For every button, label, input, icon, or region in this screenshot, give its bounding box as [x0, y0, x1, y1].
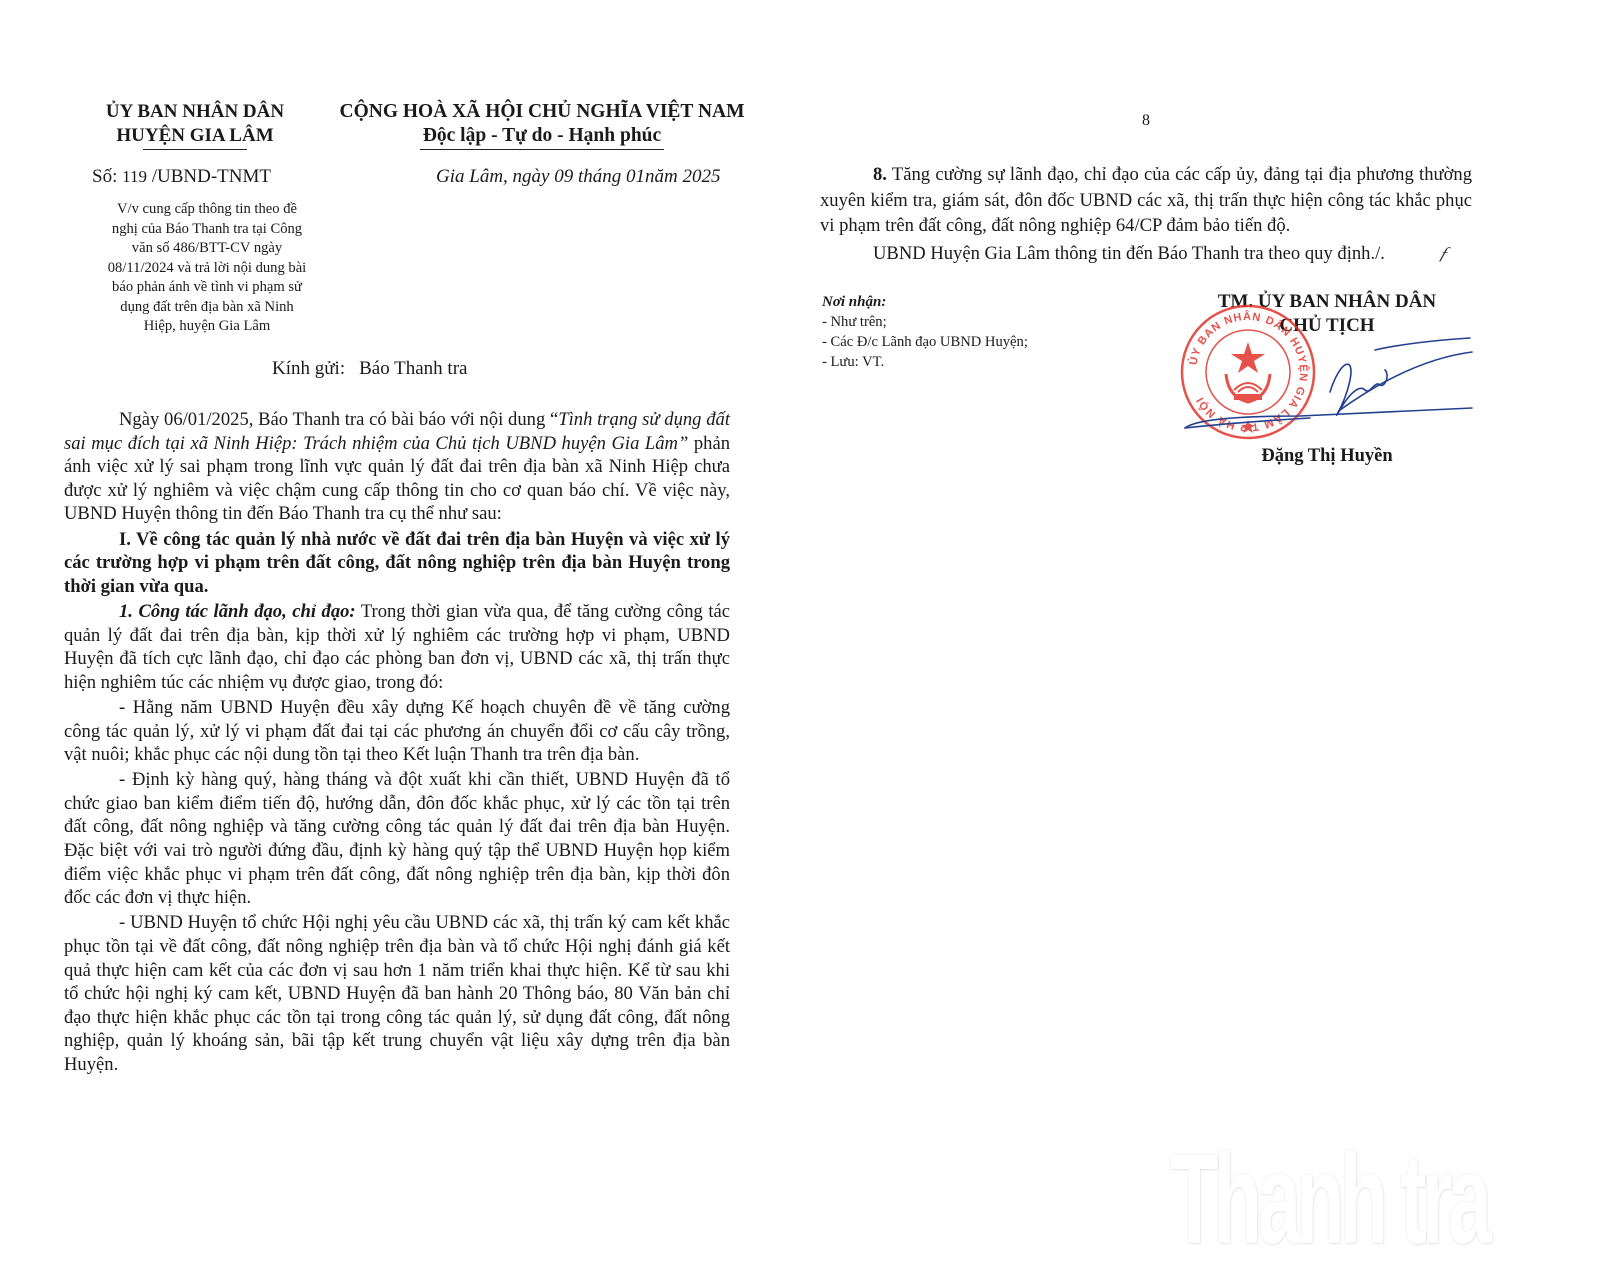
publisher-watermark: Thanh tra [1170, 1140, 1418, 1260]
recipient-item: - Các Đ/c Lãnh đạo UBND Huyện; [822, 332, 1028, 352]
issuer-line-1: ỦY BAN NHÂN DÂN [82, 100, 308, 124]
document-body: Ngày 06/01/2025, Báo Thanh tra có bài bá… [64, 408, 730, 1078]
signer-name: Đặng Thị Huyền [1182, 446, 1472, 467]
item-8-text: Tăng cường sự lãnh đạo, chỉ đạo của các … [820, 164, 1472, 236]
right-page-body: 8. Tăng cường sự lãnh đạo, chỉ đạo của c… [820, 162, 1472, 268]
issuer-underline [143, 149, 247, 150]
intro-paragraph: Ngày 06/01/2025, Báo Thanh tra có bài bá… [64, 408, 730, 526]
handwritten-signature-icon [1180, 330, 1480, 440]
page-number: 8 [1142, 112, 1150, 130]
recipient-name: Báo Thanh tra [359, 358, 467, 379]
doc-number-suffix: /UBND-TNMT [147, 166, 271, 187]
doc-number-prefix: Số: [92, 166, 122, 187]
issuer-line-2: HUYỆN GIA LÂM [82, 124, 308, 148]
motto-underline [420, 149, 664, 150]
document-subject: V/v cung cấp thông tin theo đềnghị của B… [72, 200, 342, 337]
bullet-paragraph: - Hằng năm UBND Huyện đều xây dựng Kế ho… [64, 696, 730, 767]
motto-line-2: Độc lập - Tự do - Hạnh phúc [328, 124, 756, 148]
motto-line-1: CỘNG HOÀ XÃ HỘI CHỦ NGHĨA VIỆT NAM [328, 100, 756, 124]
subject-line: báo phản ánh về tình vi phạm sử [72, 278, 342, 298]
bullet-paragraph: - UBND Huyện tổ chức Hội nghị yêu cầu UB… [64, 911, 730, 1076]
document-number: Số: 119 /UBND-TNMT [92, 166, 271, 188]
subject-line: văn số 486/BTT-CV ngày [72, 239, 342, 259]
recipient-item: - Như trên; [822, 312, 1028, 332]
subject-line: V/v cung cấp thông tin theo đề [72, 200, 342, 220]
closing-text: UBND Huyện Gia Lâm thông tin đến Báo Tha… [873, 243, 1385, 264]
item-8-paragraph: 8. Tăng cường sự lãnh đạo, chỉ đạo của c… [820, 162, 1472, 239]
recipients-list: Nơi nhận: - Như trên; - Các Đ/c Lãnh đạo… [822, 292, 1028, 372]
national-motto: CỘNG HOÀ XÃ HỘI CHỦ NGHĨA VIỆT NAM Độc l… [328, 100, 756, 150]
subject-line: Hiệp, huyện Gia Lâm [72, 317, 342, 337]
closing-paragraph: UBND Huyện Gia Lâm thông tin đến Báo Tha… [820, 241, 1472, 267]
recipient-label: Kính gửi: [272, 358, 345, 379]
document-date: Gia Lâm, ngày 09 tháng 01năm 2025 [436, 166, 720, 188]
initial-mark-icon: ƒ [1382, 241, 1453, 267]
document-page-left: ỦY BAN NHÂN DÂN HUYỆN GIA LÂM CỘNG HOÀ X… [0, 0, 800, 1279]
item-8-number: 8. [873, 164, 887, 185]
subject-line: 08/11/2024 và trả lời nội dung bài [72, 259, 342, 279]
recipients-title: Nơi nhận: [822, 292, 1028, 312]
subject-line: nghị của Báo Thanh tra tại Công [72, 220, 342, 240]
document-page-right: 8 8. Tăng cường sự lãnh đạo, chỉ đạo của… [800, 0, 1600, 1279]
bullet-paragraph: - Định kỳ hàng quý, hàng tháng và đột xu… [64, 768, 730, 910]
subsection-paragraph: 1. Công tác lãnh đạo, chỉ đạo: Trong thờ… [64, 600, 730, 694]
subsection-heading: 1. Công tác lãnh đạo, chỉ đạo: [119, 601, 356, 622]
section-heading: I. Về công tác quản lý nhà nước về đất đ… [64, 528, 730, 599]
issuing-authority: ỦY BAN NHÂN DÂN HUYỆN GIA LÂM [82, 100, 308, 150]
recipient-line: Kính gửi:Báo Thanh tra [272, 358, 467, 380]
intro-text-before: Ngày 06/01/2025, Báo Thanh tra có bài bá… [119, 409, 558, 430]
subject-line: dụng đất trên địa bàn xã Ninh [72, 298, 342, 318]
recipient-item: - Lưu: VT. [822, 352, 1028, 372]
doc-number-value: 119 [122, 167, 147, 186]
